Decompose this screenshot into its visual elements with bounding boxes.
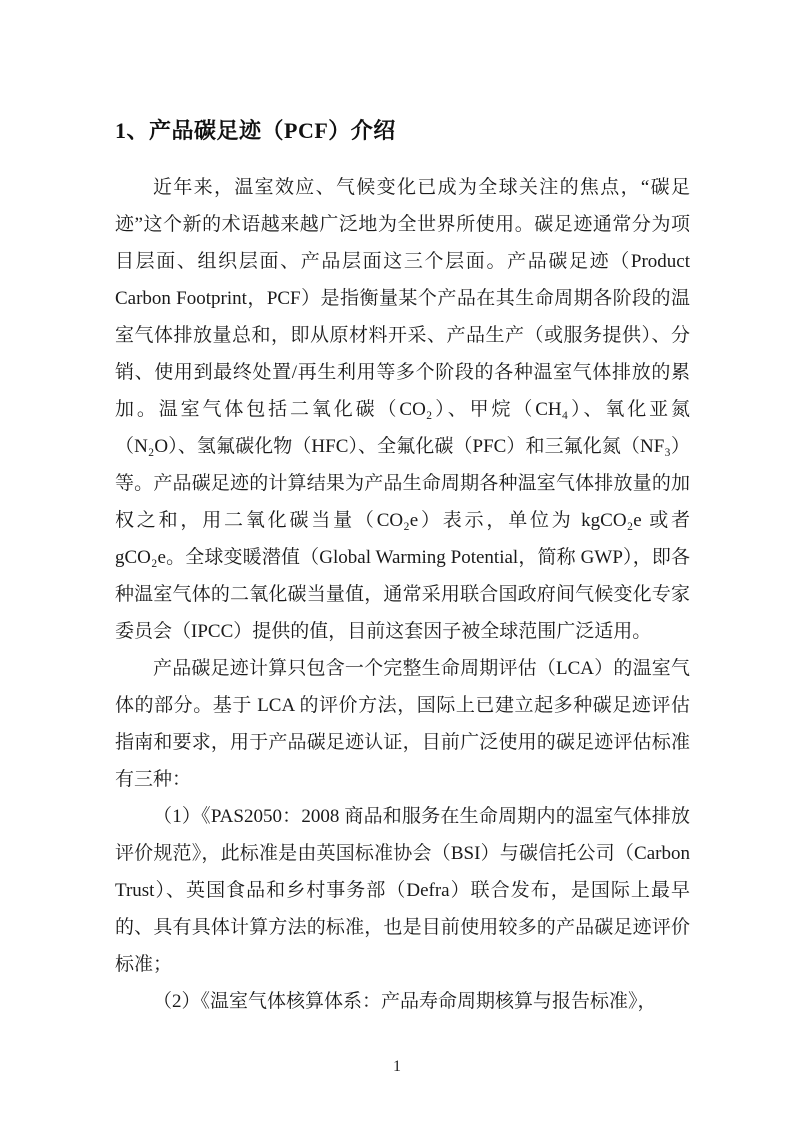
paragraph-lca: 产品碳足迹计算只包含一个完整生命周期评估（LCA）的温室气体的部分。基于 LCA… — [115, 650, 690, 798]
paragraph-intro: 近年来，温室效应、气候变化已成为全球关注的焦点，“碳足迹”这个新的术语越来越广泛… — [115, 169, 690, 650]
section-heading: 1、产品碳足迹（PCF）介绍 — [115, 117, 690, 145]
paragraph-standard-2: （2）《温室气体核算体系：产品寿命周期核算与报告标准》， — [115, 983, 690, 1020]
page-number: 1 — [0, 1058, 794, 1076]
document-page: 1、产品碳足迹（PCF）介绍 近年来，温室效应、气候变化已成为全球关注的焦点，“… — [0, 0, 800, 1132]
paragraph-standard-1: （1）《PAS2050：2008 商品和服务在生命周期内的温室气体排放评价规范》… — [115, 798, 690, 983]
document-body: 近年来，温室效应、气候变化已成为全球关注的焦点，“碳足迹”这个新的术语越来越广泛… — [115, 169, 690, 1020]
